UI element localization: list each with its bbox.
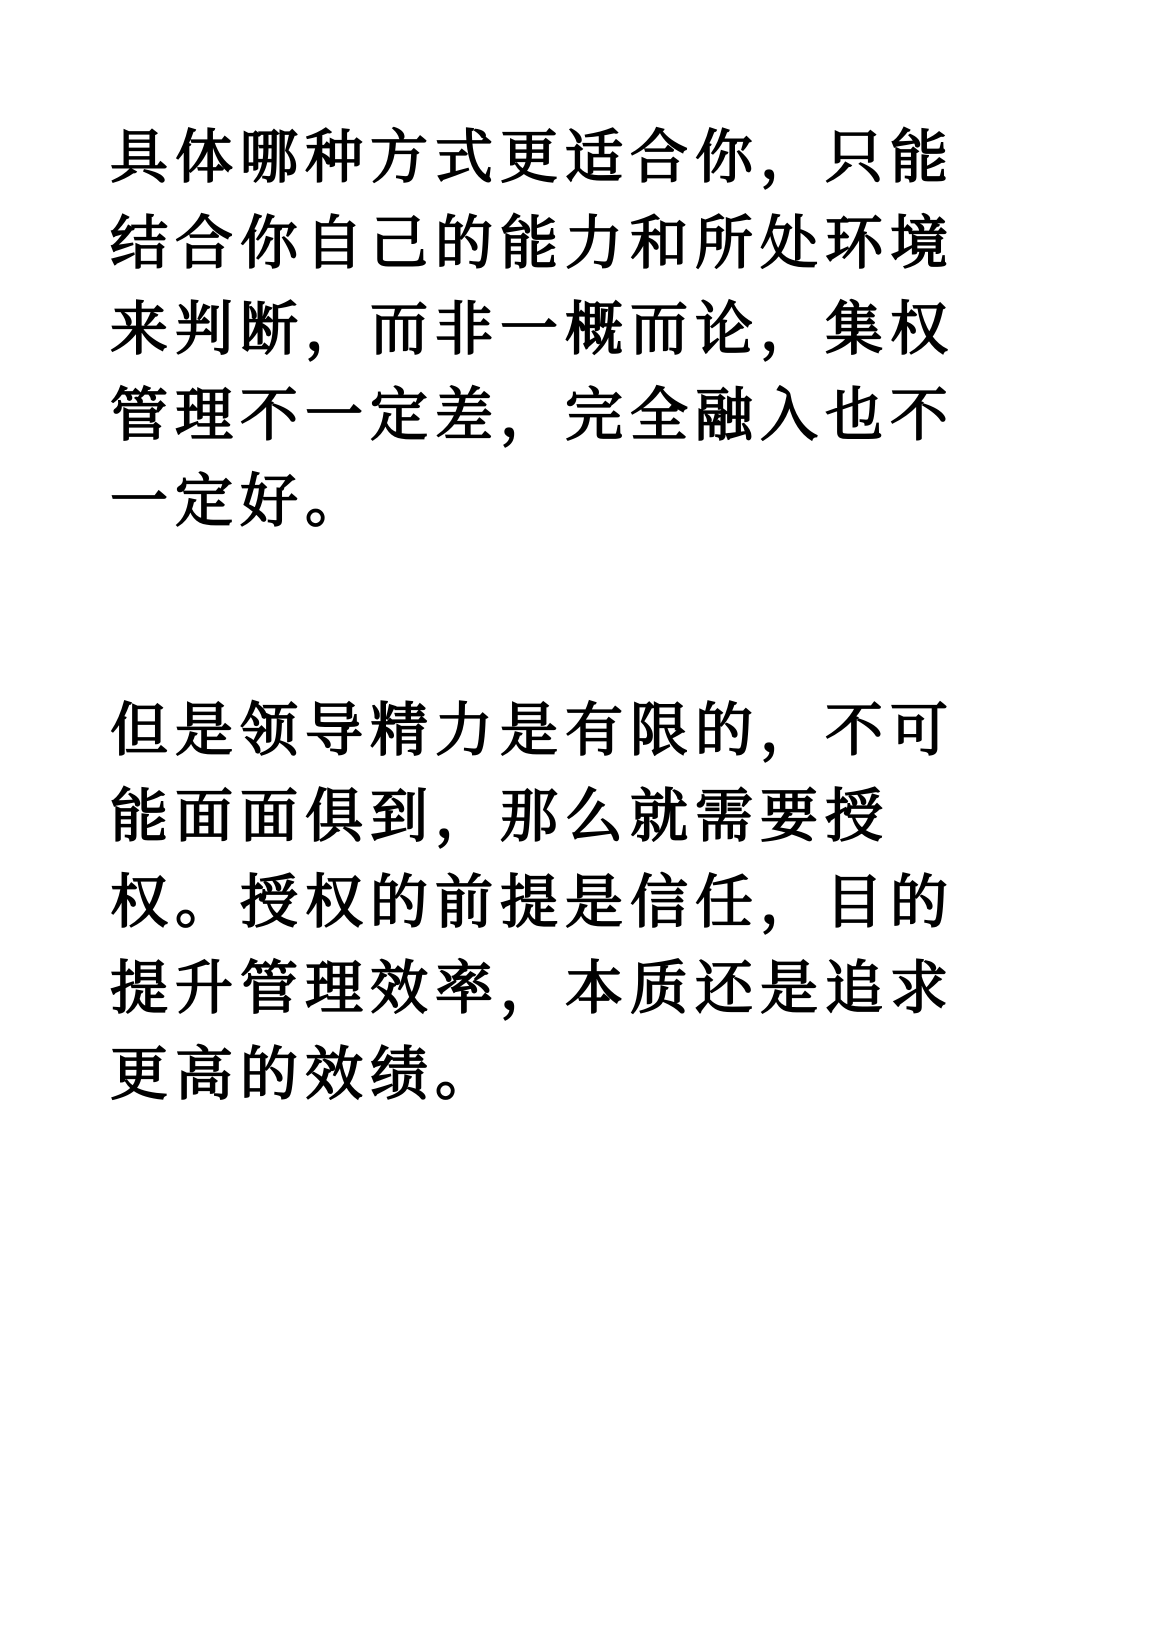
text-line: 具体哪种方式更适合你，只能: [110, 114, 990, 200]
paragraph-2: 但是领导精力是有限的，不可 能面面俱到，那么就需要授 权。授权的前提是信任，目的…: [110, 687, 990, 1117]
text-line: 来判断，而非一概而论，集权: [110, 286, 990, 372]
text-line: 结合你自己的能力和所处环境: [110, 200, 990, 286]
text-line: 但是领导精力是有限的，不可: [110, 687, 990, 773]
document-page: 具体哪种方式更适合你，只能 结合你自己的能力和所处环境 来判断，而非一概而论，集…: [0, 0, 1157, 1637]
paragraph-1: 具体哪种方式更适合你，只能 结合你自己的能力和所处环境 来判断，而非一概而论，集…: [110, 114, 990, 544]
text-line: 管理不一定差，完全融入也不: [110, 372, 990, 458]
text-line: 能面面俱到，那么就需要授: [110, 773, 990, 859]
text-line: 权。授权的前提是信任，目的: [110, 859, 990, 945]
text-line: 更高的效绩。: [110, 1031, 990, 1117]
text-line: 一定好。: [110, 458, 990, 544]
text-line: 提升管理效率，本质还是追求: [110, 945, 990, 1031]
